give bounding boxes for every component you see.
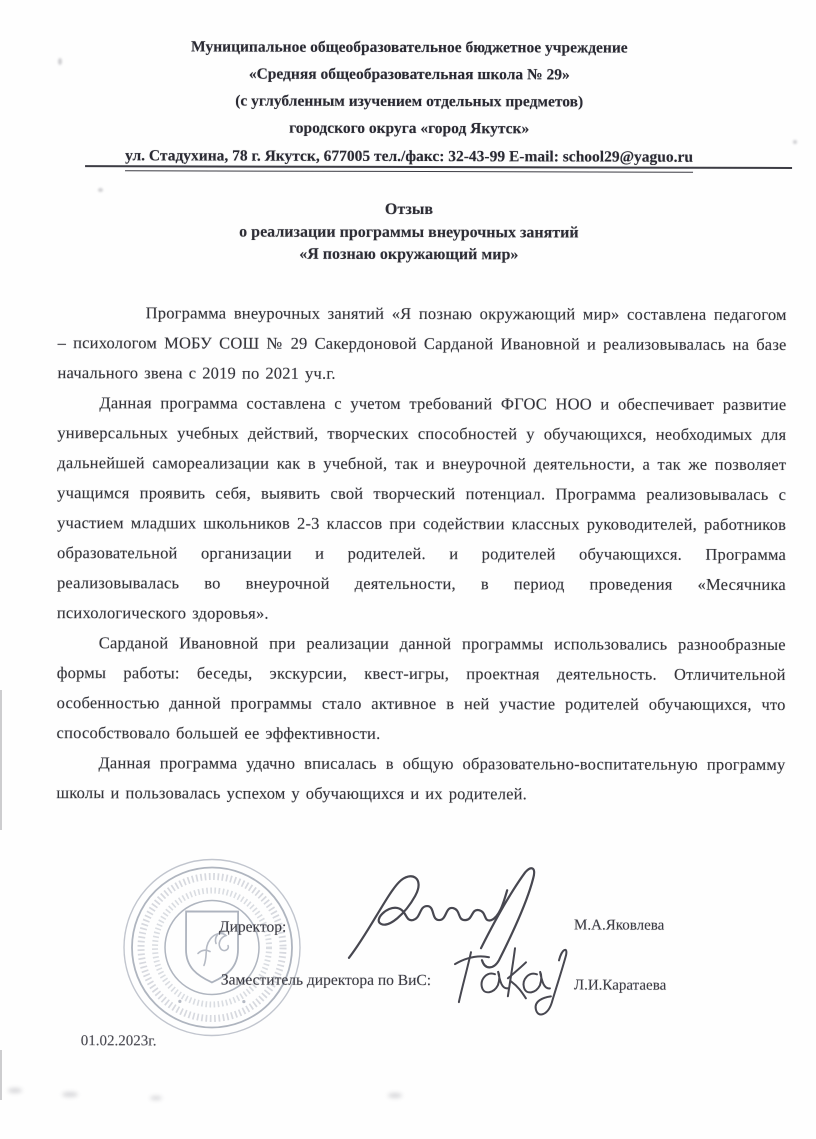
title-line: «Я познаю окружающий мир» <box>1 243 816 268</box>
scanned-document-page: Муниципальное общеобразовательное бюджет… <box>0 0 816 1139</box>
director-name: М.А.Яковлева <box>574 917 664 934</box>
paragraph: Сарданой Ивановной при реализации данной… <box>57 628 786 750</box>
deputy-director-label: Заместитель директора по ВиС: <box>221 972 431 991</box>
scan-speck <box>793 140 797 144</box>
document-title: Отзыв о реализации программы внеурочных … <box>1 198 816 268</box>
title-line: о реализации программы внеурочных заняти… <box>1 220 816 245</box>
deputy-signature <box>447 938 569 1026</box>
deputy-name: Л.И.Каратаева <box>574 977 666 994</box>
scan-smudge <box>62 1092 78 1097</box>
letterhead: Муниципальное общеобразовательное бюджет… <box>1 33 816 173</box>
title-line: Отзыв <box>1 198 816 223</box>
scan-smudge <box>150 1096 162 1100</box>
org-name-line: (с углубленным изучением отдельных предм… <box>1 87 816 116</box>
org-name-line: городского округа «город Якутск» <box>1 114 816 143</box>
document-body: Программа внеурочных занятий «Я познаю о… <box>56 298 786 810</box>
org-name-line: «Средняя общеобразовательная школа № 29» <box>1 60 816 89</box>
paragraph: Программа внеурочных занятий «Я познаю о… <box>57 298 786 390</box>
paragraph: Данная программа удачно вписалась в общу… <box>56 748 785 810</box>
director-label: Директор: <box>219 919 286 937</box>
scan-edge-artifact <box>0 1050 2 1100</box>
document-date: 01.02.2023г. <box>81 1033 157 1050</box>
org-name-line: Муниципальное общеобразовательное бюджет… <box>1 33 816 62</box>
scan-smudge <box>8 1088 22 1093</box>
school-seal-stamp-icon <box>120 855 304 1039</box>
scan-smudge <box>388 1093 402 1098</box>
scan-speck <box>58 58 62 65</box>
scan-speck <box>98 188 103 192</box>
scan-edge-artifact <box>0 690 2 830</box>
paragraph: Данная программа составлена с учетом тре… <box>57 388 787 630</box>
